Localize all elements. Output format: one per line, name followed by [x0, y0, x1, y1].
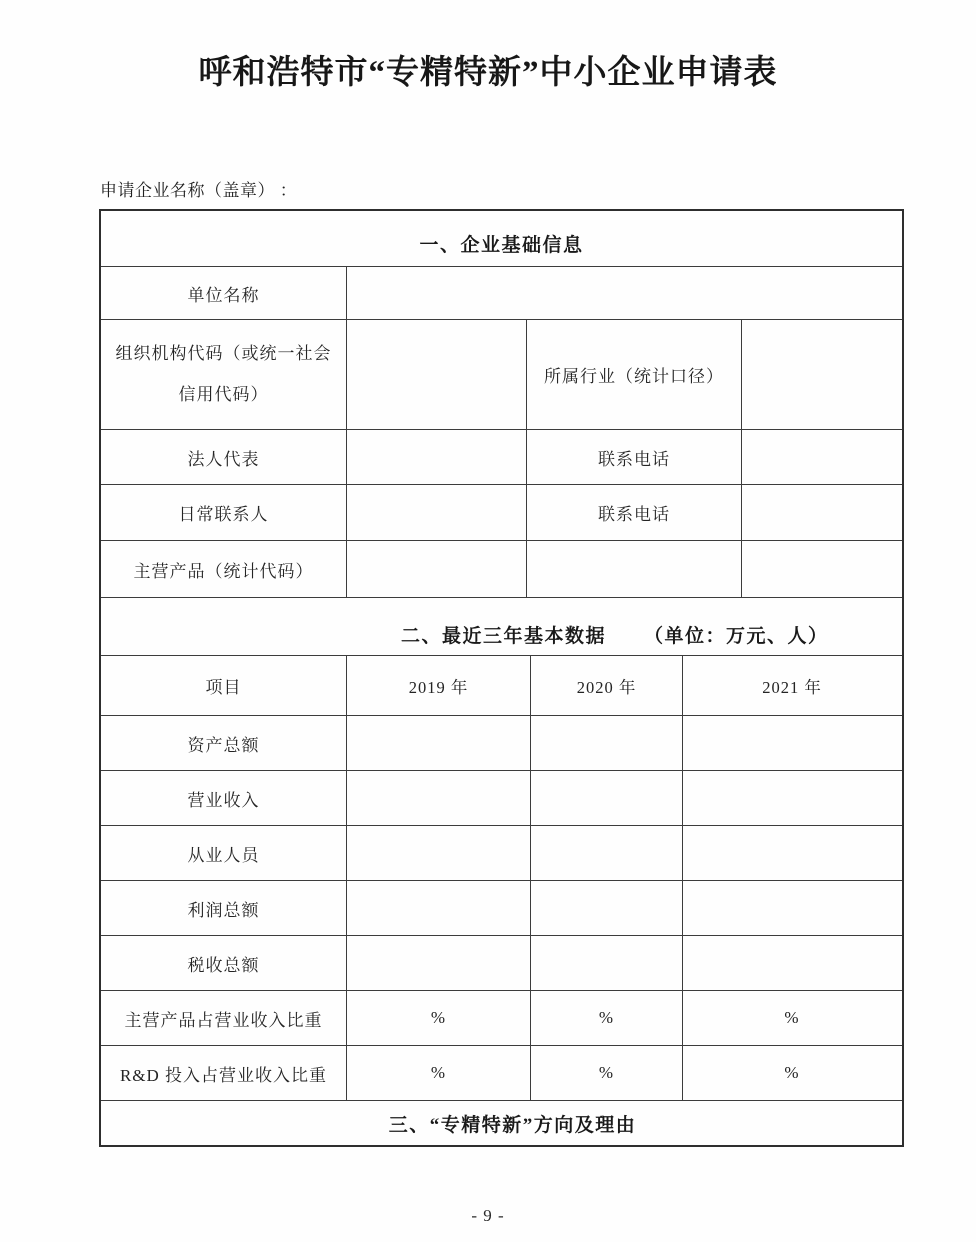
legal-rep-input-cell — [346, 430, 526, 484]
operating-revenue-2020-cell — [530, 771, 682, 825]
employees-2021-cell — [682, 826, 901, 880]
total-assets-2020-cell — [530, 716, 682, 770]
application-form-table: 一、企业基础信息 单位名称 组织机构代码（或统一社会 信用代码） 所属行业（统计… — [99, 209, 904, 1147]
rd-ratio-2021-cell: % — [682, 1046, 901, 1100]
section2-header: 二、最近三年基本数据 （单位：万元、人） — [101, 598, 902, 655]
total-tax-label: 税收总额 — [101, 936, 346, 990]
total-profit-label: 利润总额 — [101, 881, 346, 935]
total-tax-2019-cell — [346, 936, 530, 990]
daily-contact-phone-input-cell — [741, 485, 901, 540]
main-products-ratio-label: 主营产品占营业收入比重 — [101, 991, 346, 1045]
unit-name-row: 单位名称 — [101, 266, 902, 319]
applicant-name-label: 申请企业名称（盖章） ： — [100, 176, 297, 201]
main-products-input-cell-2 — [526, 541, 741, 597]
daily-contact-row: 日常联系人 联系电话 — [101, 484, 902, 540]
daily-contact-input-cell — [346, 485, 526, 540]
year-2021-header: 2021 年 — [682, 656, 901, 715]
main-products-row: 主营产品（统计代码） — [101, 540, 902, 597]
operating-revenue-2019-cell — [346, 771, 530, 825]
total-profit-2019-cell — [346, 881, 530, 935]
total-profit-2020-cell — [530, 881, 682, 935]
operating-revenue-2021-cell — [682, 771, 901, 825]
operating-revenue-label: 营业收入 — [101, 771, 346, 825]
section1-header-row: 一、企业基础信息 — [101, 211, 902, 266]
total-assets-row: 资产总额 — [101, 715, 902, 770]
main-products-ratio-2020-cell: % — [530, 991, 682, 1045]
years-header-row: 项目 2019 年 2020 年 2021 年 — [101, 655, 902, 715]
org-code-input-cell — [346, 320, 526, 429]
legal-rep-phone-label: 联系电话 — [526, 430, 741, 484]
daily-contact-phone-label: 联系电话 — [526, 485, 741, 540]
total-assets-2021-cell — [682, 716, 901, 770]
main-products-input-cell-1 — [346, 541, 526, 597]
daily-contact-label: 日常联系人 — [101, 485, 346, 540]
item-column-header: 项目 — [101, 656, 346, 715]
employees-row: 从业人员 — [101, 825, 902, 880]
total-assets-2019-cell — [346, 716, 530, 770]
main-products-input-cell-3 — [741, 541, 901, 597]
org-code-label-line1: 组织机构代码（或统一社会 — [116, 345, 332, 364]
document-page: 呼和浩特市“专精特新”中小企业申请表 申请企业名称（盖章） ： 一、企业基础信息… — [0, 0, 976, 1242]
total-profit-2021-cell — [682, 881, 901, 935]
main-products-ratio-row: 主营产品占营业收入比重 % % % — [101, 990, 902, 1045]
legal-rep-label: 法人代表 — [101, 430, 346, 484]
section3-header-row: 三、“专精特新”方向及理由 — [101, 1100, 902, 1145]
total-tax-row: 税收总额 — [101, 935, 902, 990]
main-products-label: 主营产品（统计代码） — [101, 541, 346, 597]
total-profit-row: 利润总额 — [101, 880, 902, 935]
section3-header: 三、“专精特新”方向及理由 — [101, 1101, 902, 1145]
page-number: - 9 - — [0, 1206, 976, 1226]
page-title: 呼和浩特市“专精特新”中小企业申请表 — [0, 46, 976, 93]
section1-header: 一、企业基础信息 — [101, 211, 902, 266]
operating-revenue-row: 营业收入 — [101, 770, 902, 825]
total-tax-2020-cell — [530, 936, 682, 990]
rd-ratio-2019-cell: % — [346, 1046, 530, 1100]
section2-header-row: 二、最近三年基本数据 （单位：万元、人） — [101, 597, 902, 655]
main-products-ratio-2021-cell: % — [682, 991, 901, 1045]
section2-header-unit-note: （单位：万元、人） — [644, 621, 829, 648]
rd-ratio-label: R&D 投入占营业收入比重 — [101, 1046, 346, 1100]
org-code-label-line2: 信用代码） — [179, 386, 269, 405]
rd-ratio-row: R&D 投入占营业收入比重 % % % — [101, 1045, 902, 1100]
total-tax-2021-cell — [682, 936, 901, 990]
year-2020-header: 2020 年 — [530, 656, 682, 715]
org-code-label: 组织机构代码（或统一社会 信用代码） — [101, 320, 346, 429]
rd-ratio-2020-cell: % — [530, 1046, 682, 1100]
employees-2019-cell — [346, 826, 530, 880]
legal-rep-phone-input-cell — [741, 430, 901, 484]
year-2019-header: 2019 年 — [346, 656, 530, 715]
employees-2020-cell — [530, 826, 682, 880]
section3-header-text: 三、“专精特新”方向及理由 — [389, 1110, 637, 1137]
section2-header-title: 二、最近三年基本数据 — [401, 621, 606, 648]
main-products-ratio-2019-cell: % — [346, 991, 530, 1045]
industry-label: 所属行业（统计口径） — [526, 320, 741, 429]
org-code-row: 组织机构代码（或统一社会 信用代码） 所属行业（统计口径） — [101, 319, 902, 429]
unit-name-label: 单位名称 — [101, 267, 346, 319]
unit-name-input-cell — [346, 267, 901, 319]
industry-input-cell — [741, 320, 901, 429]
legal-rep-row: 法人代表 联系电话 — [101, 429, 902, 484]
total-assets-label: 资产总额 — [101, 716, 346, 770]
employees-label: 从业人员 — [101, 826, 346, 880]
